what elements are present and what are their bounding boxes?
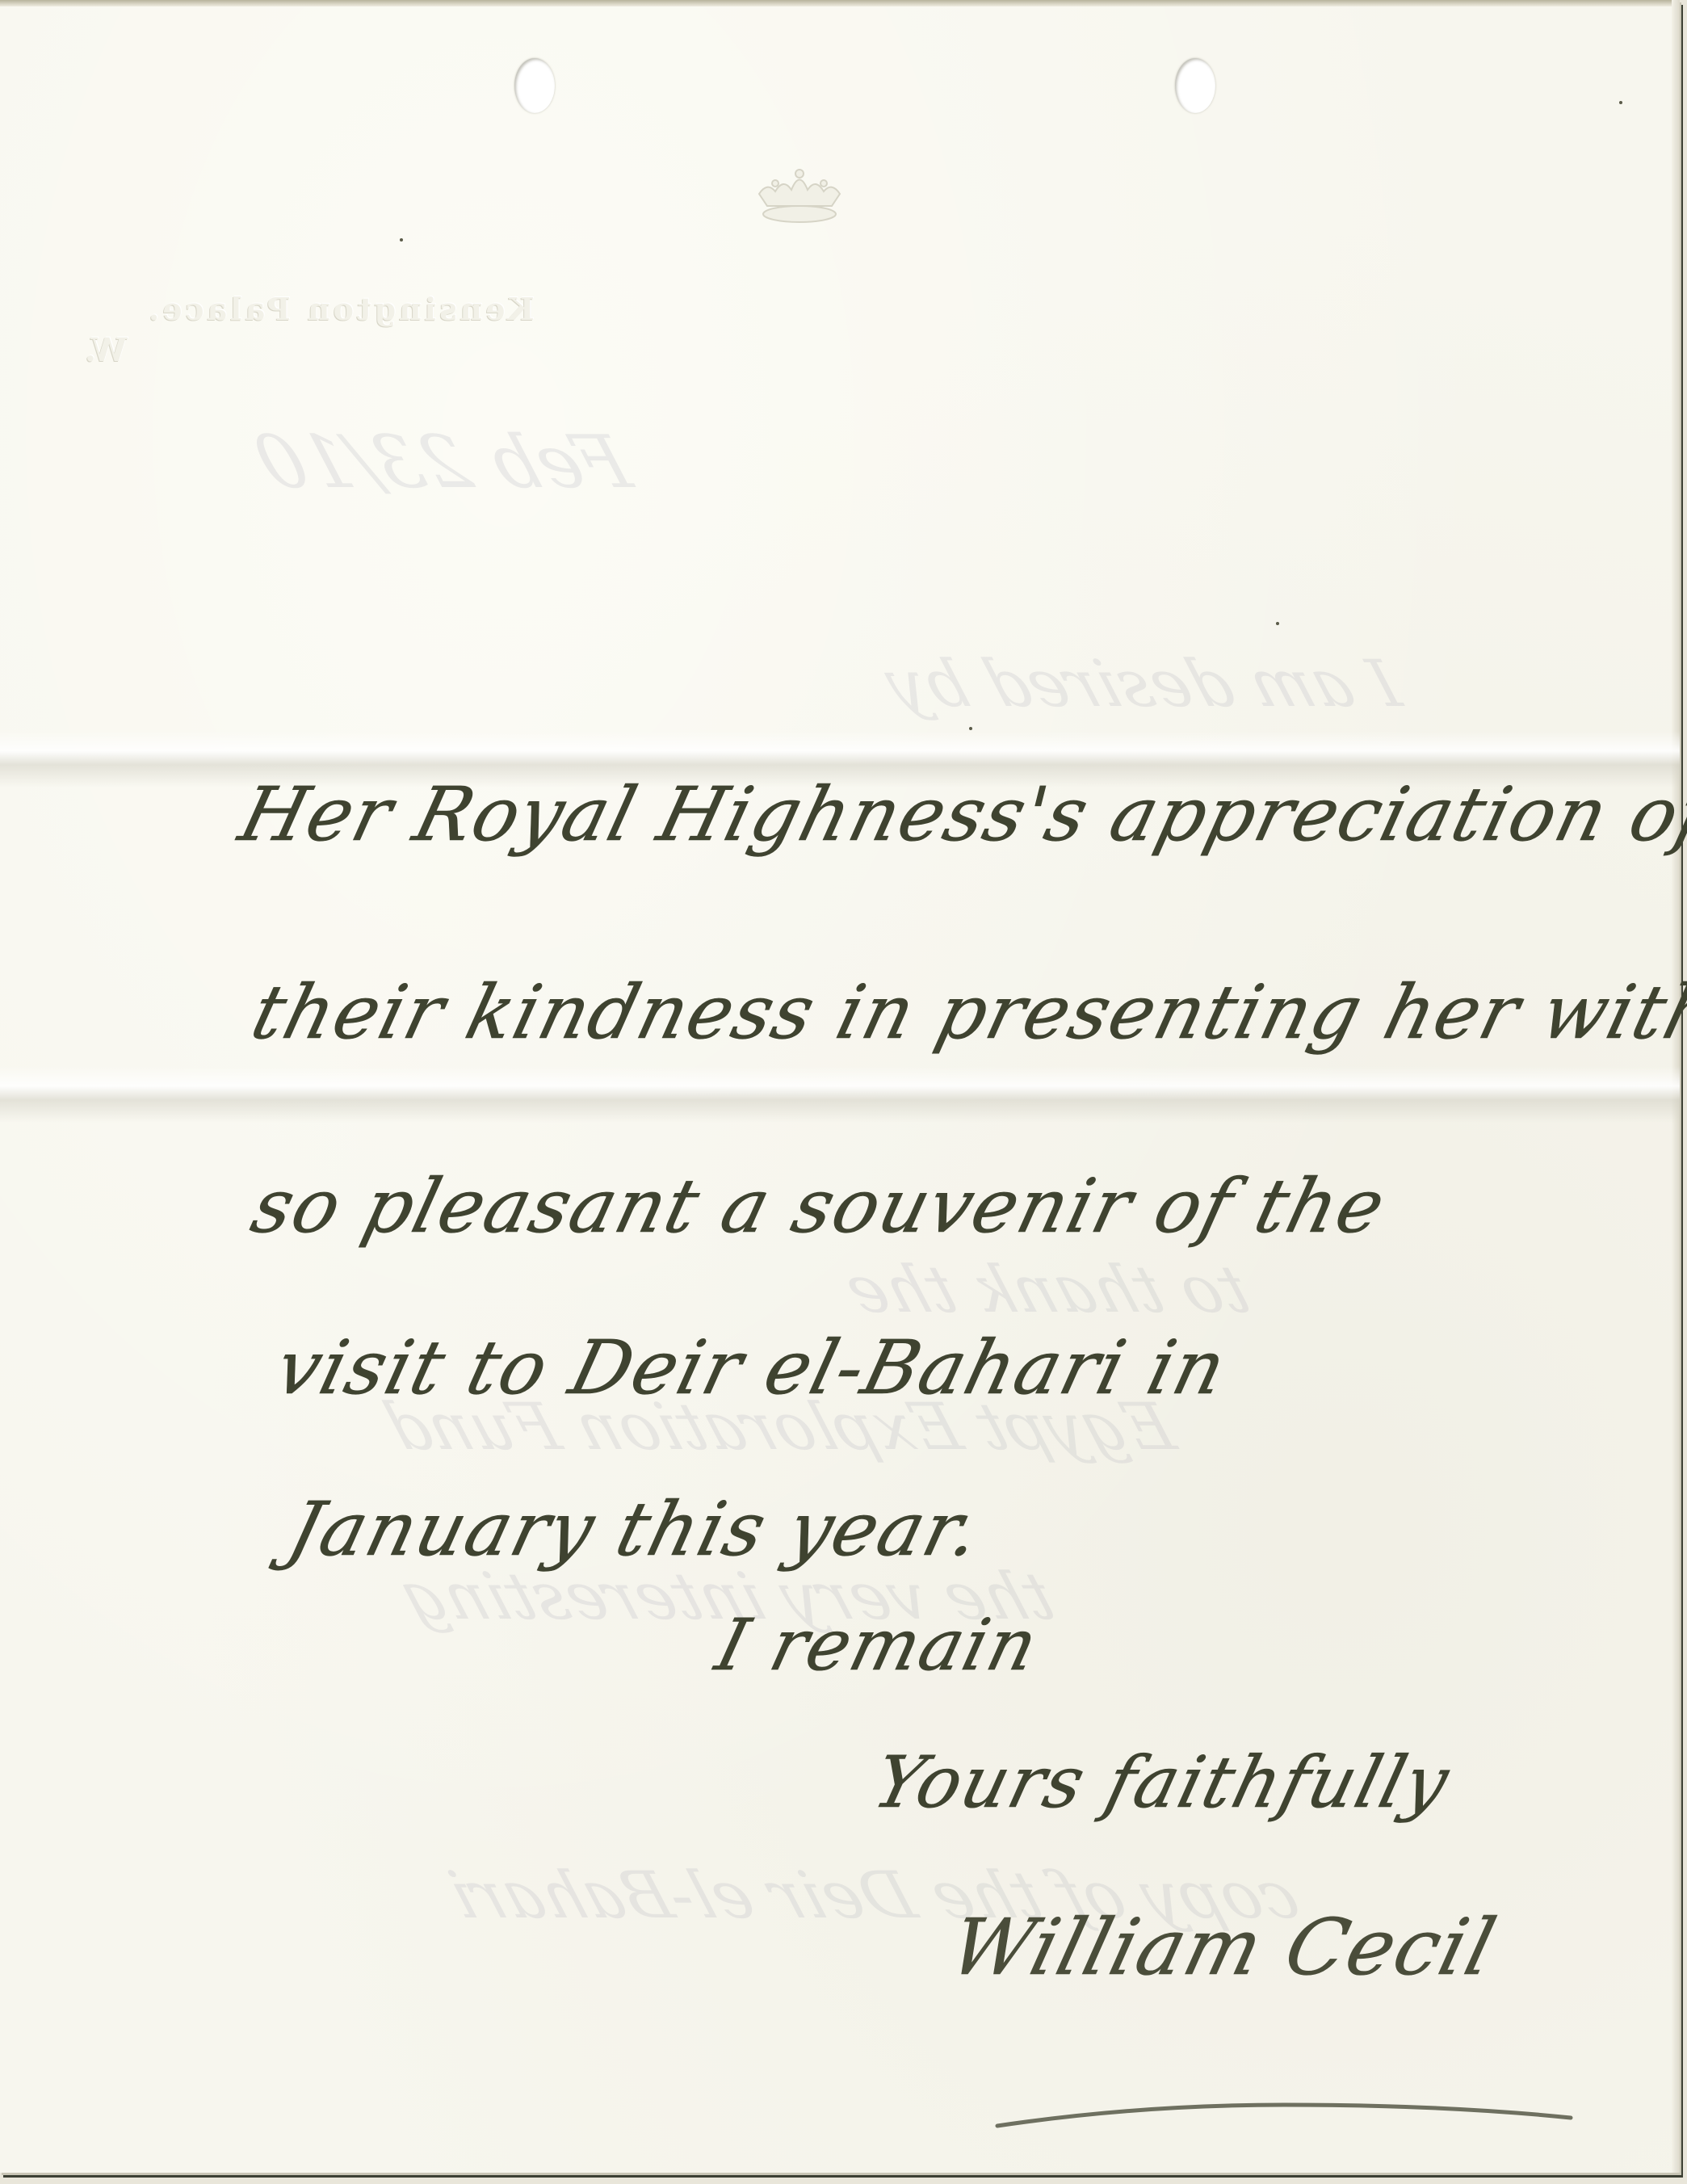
paper-top-edge xyxy=(0,0,1680,6)
body-line-2: their kindness in presenting her with xyxy=(244,969,1687,1056)
valediction: Yours faithfully xyxy=(866,1741,1458,1824)
fold-line-lower xyxy=(0,1066,1680,1123)
bleed-through-date: Feb 23/10 xyxy=(245,420,640,505)
crown-icon xyxy=(751,166,848,230)
body-line-5: January this year. xyxy=(280,1486,990,1573)
paper-speck xyxy=(969,727,972,730)
signature: William Cecil xyxy=(942,1902,1505,1993)
paper-speck xyxy=(1276,622,1279,625)
punch-hole-right xyxy=(1175,58,1215,113)
paper-speck xyxy=(400,238,403,241)
letterhead-postal: W. xyxy=(85,331,128,369)
body-line-3: so pleasant a souvenir of the xyxy=(244,1163,1395,1249)
body-line-1: Her Royal Highness's appreciation of xyxy=(232,771,1687,858)
bleed-through-line: I am desired by xyxy=(876,646,1409,721)
signature-underline xyxy=(993,2100,1575,2132)
letter-sheet: Kensington Palace. W. Feb 23/10 I am des… xyxy=(0,0,1680,2173)
punch-hole-left xyxy=(514,58,555,113)
body-line-4: visit to Deir el-Bahari in xyxy=(268,1325,1236,1411)
closing: I remain xyxy=(708,1603,1047,1686)
bleed-through-line: to thank the xyxy=(836,1252,1259,1327)
paper-speck xyxy=(1619,101,1622,104)
letterhead-address: Kensington Palace. xyxy=(145,291,535,327)
